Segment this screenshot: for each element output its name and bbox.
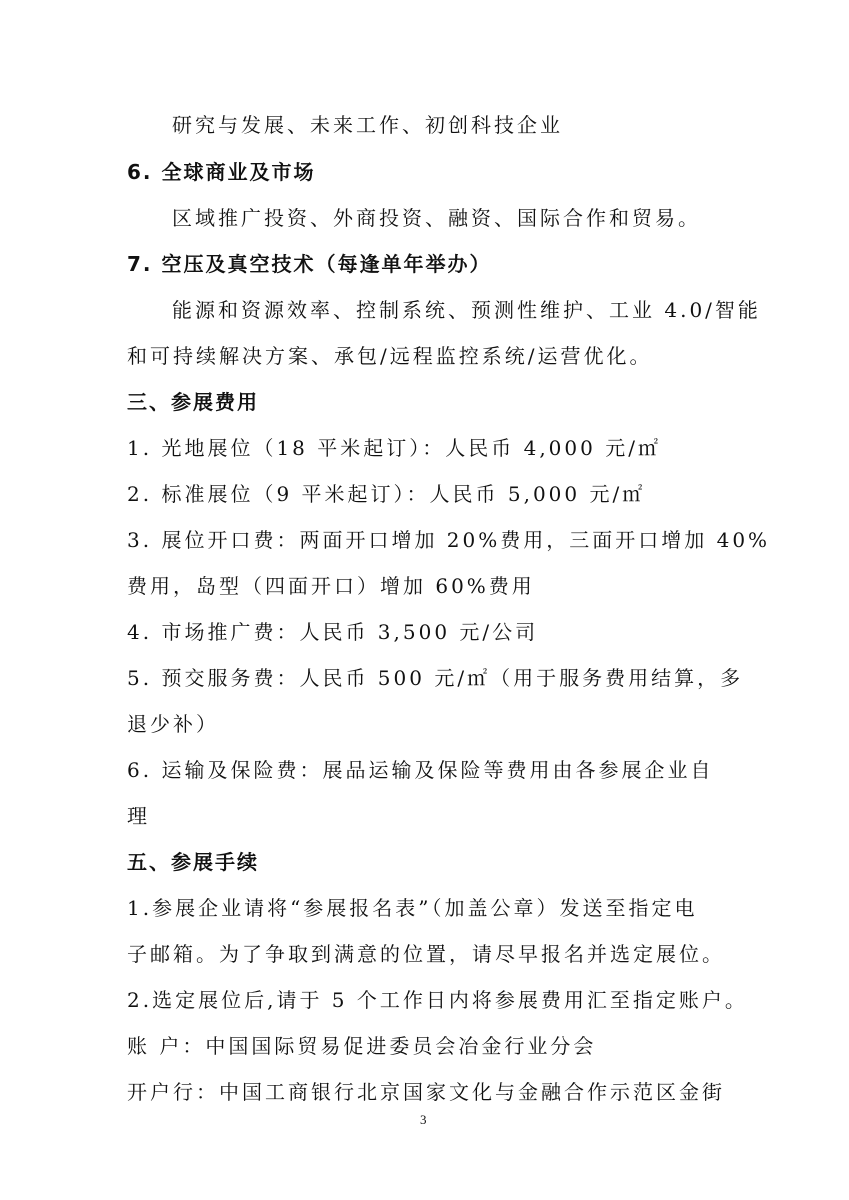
section-heading: 7. 空压及真空技术（每逢单年举办） bbox=[127, 252, 491, 276]
fee-item: 2. 标准展位（9 平米起订）：人民币 5,000 元/㎡ bbox=[127, 482, 645, 506]
procedure-item: 1.参展企业请将“参展报名表”（加盖公章）发送至指定电 bbox=[127, 896, 698, 920]
procedure-item: 2.选定展位后,请于 5 个工作日内将参展费用汇至指定账户。 bbox=[127, 988, 748, 1012]
paragraph-line: 研究与发展、未来工作、初创科技企业 bbox=[172, 113, 563, 137]
paragraph-line: 能源和资源效率、控制系统、预测性维护、工业 4.0/智能 bbox=[172, 298, 761, 322]
account-name: 账 户：中国国际贸易促进委员会冶金行业分会 bbox=[127, 1034, 596, 1058]
fee-item: 4. 市场推广费：人民币 3,500 元/公司 bbox=[127, 620, 538, 644]
fee-item-continued: 理 bbox=[127, 804, 150, 828]
fee-item: 3. 展位开口费：两面开口增加 20%费用，三面开口增加 40% bbox=[127, 528, 770, 552]
fee-item: 1. 光地展位（18 平米起订）：人民币 4,000 元/㎡ bbox=[127, 436, 661, 460]
section-heading: 6. 全球商业及市场 bbox=[127, 160, 315, 184]
paragraph-line: 区域推广投资、外商投资、融资、国际合作和贸易。 bbox=[172, 206, 701, 230]
section-heading: 三、参展费用 bbox=[127, 390, 259, 414]
fee-item-continued: 退少补） bbox=[127, 712, 219, 736]
page-number: 3 bbox=[420, 1112, 427, 1128]
procedure-item-continued: 子邮箱。为了争取到满意的位置，请尽早报名并选定展位。 bbox=[127, 942, 725, 966]
fee-item: 6. 运输及保险费：展品运输及保险等费用由各参展企业自 bbox=[127, 758, 713, 782]
section-heading: 五、参展手续 bbox=[127, 850, 259, 874]
fee-item-continued: 费用，岛型（四面开口）增加 60%费用 bbox=[127, 574, 535, 598]
paragraph-line: 和可持续解决方案、承包/远程监控系统/运营优化。 bbox=[127, 344, 652, 368]
fee-item: 5. 预交服务费：人民币 500 元/㎡（用于服务费用结算，多 bbox=[127, 666, 743, 690]
bank-name: 开户行：中国工商银行北京国家文化与金融合作示范区金街 bbox=[127, 1080, 725, 1104]
